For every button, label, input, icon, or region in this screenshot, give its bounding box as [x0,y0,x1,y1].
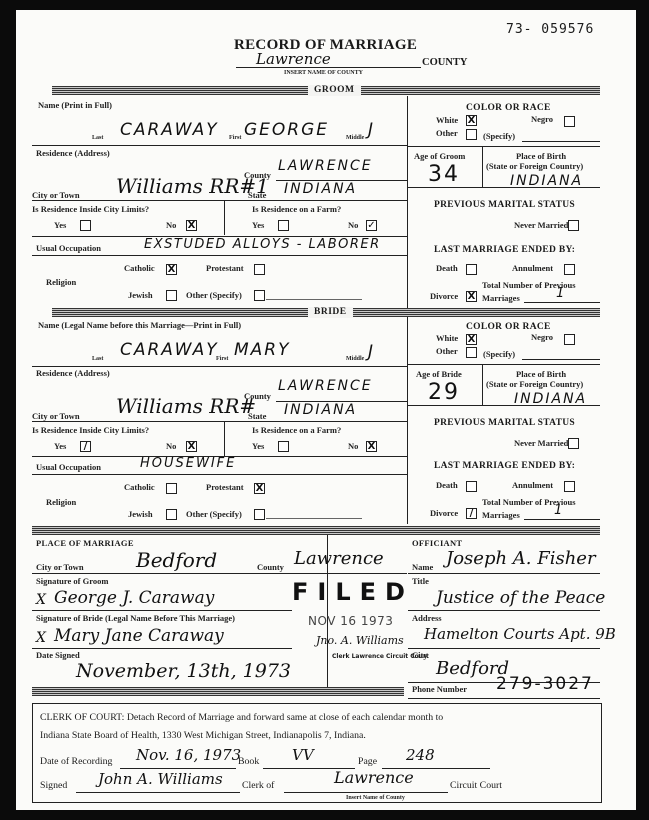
groom-middle-label: Middle [346,135,364,141]
date-of-recording: Nov. 16, 1973 [136,746,241,764]
groom-last-ended-label: LAST MARRIAGE ENDED BY: [434,245,575,255]
negro-label: Negro [531,332,553,342]
marriage-record-document: 73- 059576 RECORD OF MARRIAGE Lawrence C… [16,10,636,810]
filed-stamp: FILED [292,578,414,606]
officiant-city-label: City [412,650,428,660]
officiant-address: Hamelton Courts Apt. 9B [424,625,616,643]
groom-catholic-checkbox[interactable]: X [166,264,177,275]
groom-prev-status-label: PREVIOUS MARITAL STATUS [434,200,575,210]
bride-first-name: MARY [234,340,291,360]
groom-farm-yes-checkbox[interactable] [278,220,289,231]
never-married-label: Never Married [514,220,568,230]
bride-negro-checkbox[interactable] [564,334,575,345]
date-signed-label: Date Signed [36,650,80,660]
other-race-label: Other [436,346,458,356]
groom-color-race-label: COLOR OR RACE [466,103,551,113]
place-of-marriage-label: PLACE OF MARRIAGE [36,538,134,548]
groom-last-name: CARAWAY [120,120,219,140]
bride-last-label: Last [92,356,103,362]
groom-never-married-checkbox[interactable] [568,220,579,231]
groom-divorce-checkbox[interactable]: X [466,291,477,302]
groom-negro-checkbox[interactable] [564,116,575,127]
bride-x-mark: X [36,630,46,646]
officiant-name-label: Name [412,562,433,572]
ceremony-county: Lawrence [294,548,384,569]
jewish-label: Jewish [128,290,153,300]
officiant-name: Joseph A. Fisher [446,548,596,569]
officiant-phone: 279-3027 [496,674,594,694]
marriages-label: Marriages [482,510,520,520]
birthplace-sub-label: (State or Foreign Country) [486,379,583,389]
groom-occupation-label: Usual Occupation [36,243,101,253]
ceremony-city: Bedford [136,548,217,572]
book-label: Book [238,756,259,767]
bride-prev-status-label: PREVIOUS MARITAL STATUS [434,418,575,428]
birthplace-label: Place of Birth [516,151,566,161]
birthplace-label: Place of Birth [516,369,566,379]
groom-state: INDIANA [284,181,357,197]
groom-city-limits-yes-checkbox[interactable] [80,220,91,231]
ceremony-city-label: City or Town [36,562,84,572]
other-race-label: Other [436,128,458,138]
specify-label: (Specify) [483,349,515,359]
divorce-label: Divorce [430,291,458,301]
clerk-of-label: Clerk of [242,780,274,791]
bride-occupation-label: Usual Occupation [36,462,101,472]
circuit-court-label: Circuit Court [450,780,502,791]
clerk-signature: John A. Williams [98,770,223,788]
bride-annulment-checkbox[interactable] [564,481,575,492]
bride-never-married-checkbox[interactable] [568,438,579,449]
bride-name-label: Name (Legal Name before this Marriage—Pr… [38,320,241,330]
protestant-label: Protestant [206,482,244,492]
groom-total-previous: 1 [556,286,566,301]
bride-religion-label: Religion [46,497,76,507]
bride-age-label: Age of Bride [416,369,462,379]
groom-name-label: Name (Print in Full) [38,100,112,110]
ceremony-county-label: County [257,562,284,572]
bride-city-limits-label: Is Residence Inside City Limits? [32,425,149,435]
certificate-number: 73- 059576 [506,22,594,37]
groom-city-label: City or Town [32,190,80,200]
no-label: No [348,220,358,230]
clerk-of-hint: Insert Name of County [346,795,405,801]
filed-stamp-date: NOV 16 1973 [308,614,393,628]
groom-farm-label: Is Residence on a Farm? [252,204,341,214]
header-county-hint: INSERT NAME OF COUNTY [284,70,363,76]
divorce-label: Divorce [430,508,458,518]
officiant-title: Justice of the Peace [436,588,605,608]
annulment-label: Annulment [512,480,553,490]
no-label: No [348,441,358,451]
bride-jewish-checkbox[interactable] [166,509,177,520]
groom-white-checkbox[interactable]: X [466,115,477,126]
groom-signature: George J. Caraway [54,588,214,608]
bride-last-name: CARAWAY [120,340,219,360]
annulment-label: Annulment [512,263,553,273]
other-specify-label: Other (Specify) [186,509,242,519]
no-label: No [166,441,176,451]
bride-color-race-label: COLOR OR RACE [466,322,551,332]
never-married-label: Never Married [514,438,568,448]
page-number: 248 [406,746,435,764]
groom-farm-no-checkbox[interactable]: ✓ [366,220,377,231]
groom-city-limits-no-checkbox[interactable]: X [186,220,197,231]
signed-label: Signed [40,780,67,791]
bride-death-checkbox[interactable] [466,481,477,492]
groom-age-label: Age of Groom [414,151,465,161]
marriages-label: Marriages [482,293,520,303]
bride-county: LAWRENCE [278,378,373,394]
bride-state: INDIANA [284,402,357,418]
groom-death-checkbox[interactable] [466,264,477,275]
groom-protestant-checkbox[interactable] [254,264,265,275]
white-label: White [436,333,458,343]
yes-label: Yes [54,220,66,230]
specify-label: (Specify) [483,131,515,141]
bride-state-label: State [248,411,266,421]
groom-city: Williams RR#1 [116,174,269,198]
groom-other-race-checkbox[interactable] [466,129,477,140]
white-label: White [436,115,458,125]
header-county-value: Lawrence [256,50,331,68]
groom-state-label: State [248,190,266,200]
groom-county: LAWRENCE [278,158,373,174]
groom-middle-name: J [368,120,375,140]
bride-occupation: HOUSEWIFE [140,456,236,471]
bride-residence-label: Residence (Address) [36,368,110,378]
bride-middle-name: J [368,342,375,362]
death-label: Death [436,480,458,490]
yes-label: Yes [54,441,66,451]
yes-label: Yes [252,441,264,451]
groom-city-limits-label: Is Residence Inside City Limits? [32,204,149,214]
bride-section-label: BRIDE [308,307,353,318]
filed-stamp-signature: Jno. A. Williams [316,634,404,647]
no-label: No [166,220,176,230]
groom-other-religion-checkbox[interactable] [254,290,265,301]
death-label: Death [436,263,458,273]
catholic-label: Catholic [124,482,155,492]
bride-age: 29 [428,380,460,405]
protestant-label: Protestant [206,263,244,273]
clerk-instructions-2: Indiana State Board of Health, 1330 West… [40,730,366,741]
bride-farm-label: Is Residence on a Farm? [252,425,341,435]
other-specify-label: Other (Specify) [186,290,242,300]
bride-city-label: City or Town [32,411,80,421]
bride-total-previous: 1 [554,503,564,518]
groom-x-mark: X [36,592,46,608]
yes-label: Yes [252,220,264,230]
officiant-address-label: Address [412,613,442,623]
officiant-phone-label: Phone Number [412,684,467,694]
groom-occupation: EXSTUDED ALLOYS - LABORER [144,237,381,252]
officiant-label: OFFICIANT [412,538,462,548]
bride-white-checkbox[interactable]: X [466,334,477,345]
groom-jewish-checkbox[interactable] [166,290,177,301]
date-of-recording-label: Date of Recording [40,756,112,767]
bride-divorce-checkbox[interactable]: / [466,508,477,519]
bride-city-limits-no-checkbox[interactable]: X [186,441,197,452]
bride-city-limits-yes-checkbox[interactable]: / [80,441,91,452]
bride-middle-label: Middle [346,356,364,362]
date-signed: November, 13th, 1973 [76,660,291,682]
groom-annulment-checkbox[interactable] [564,264,575,275]
bride-city: Williams RR# [116,394,256,418]
officiant-title-label: Title [412,576,429,586]
bride-farm-yes-checkbox[interactable] [278,441,289,452]
jewish-label: Jewish [128,509,153,519]
page-label: Page [358,756,377,767]
book-number: VV [292,746,314,764]
groom-first-name: GEORGE [244,120,329,140]
bride-signature-label: Signature of Bride (Legal Name Before Th… [36,613,235,623]
bride-other-religion-checkbox[interactable] [254,509,265,520]
bride-signature: Mary Jane Caraway [54,626,224,646]
clerk-of-county: Lawrence [334,768,414,787]
birthplace-sub-label: (State or Foreign Country) [486,161,583,171]
groom-age: 34 [428,162,460,187]
negro-label: Negro [531,114,553,124]
groom-signature-label: Signature of Groom [36,576,108,586]
bride-other-race-checkbox[interactable] [466,347,477,358]
bride-farm-no-checkbox[interactable]: X [366,441,377,452]
groom-last-label: Last [92,135,103,141]
groom-residence-label: Residence (Address) [36,148,110,158]
clerk-instructions-1: CLERK OF COURT: Detach Record of Marriag… [40,712,443,723]
header-county-label: COUNTY [422,57,468,68]
bride-catholic-checkbox[interactable] [166,483,177,494]
groom-religion-label: Religion [46,277,76,287]
groom-section-label: GROOM [308,85,361,96]
bride-first-label: First [216,356,228,362]
bride-protestant-checkbox[interactable]: X [254,483,265,494]
catholic-label: Catholic [124,263,155,273]
groom-first-label: First [229,135,241,141]
bride-last-ended-label: LAST MARRIAGE ENDED BY: [434,461,575,471]
